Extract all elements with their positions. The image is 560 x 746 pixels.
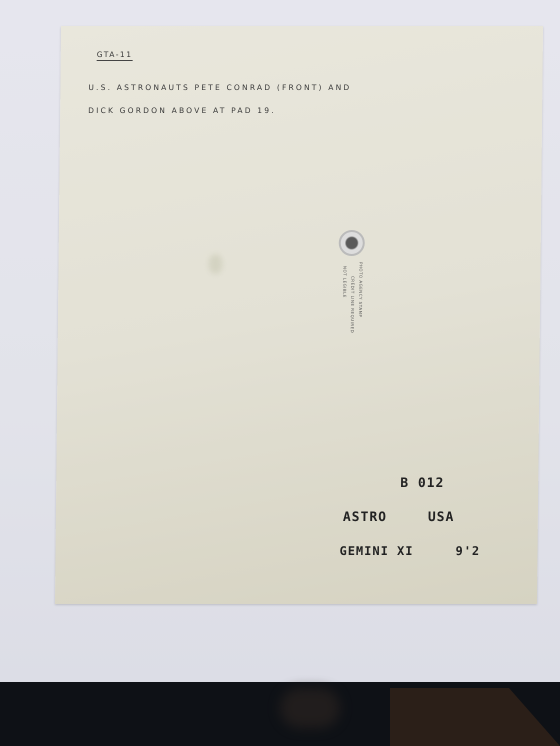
typed-id: 9'2 — [455, 544, 480, 558]
typed-country: USA — [428, 510, 455, 525]
handwritten-caption-line-2: DICK GORDON ABOVE AT PAD 19. — [88, 106, 276, 115]
handwritten-caption-line-1: U.S. ASTRONAUTS PETE CONRAD (FRONT) AND — [88, 83, 351, 92]
stamp-text-3: NOT LEGIBLE — [342, 266, 347, 298]
wood-floor-patch — [390, 688, 560, 746]
handwritten-code: GTA-11 — [97, 50, 133, 61]
paper-stain — [208, 254, 222, 274]
typed-category: ASTRO — [343, 510, 387, 525]
dark-floor — [0, 682, 560, 746]
stamp-text-1: PHOTO AGENCY STAMP — [358, 262, 364, 317]
shadow — [280, 688, 340, 728]
agency-stamp: PHOTO AGENCY STAMP CREDIT LINE REQUIRED … — [335, 226, 377, 376]
typed-number: B 012 — [400, 476, 444, 491]
photo-back-sheet: GTA-11 U.S. ASTRONAUTS PETE CONRAD (FRON… — [55, 26, 543, 604]
stamp-text-2: CREDIT LINE REQUIRED — [350, 276, 356, 333]
typed-mission: GEMINI XI — [339, 544, 413, 558]
stamp-seal-icon — [339, 230, 365, 256]
